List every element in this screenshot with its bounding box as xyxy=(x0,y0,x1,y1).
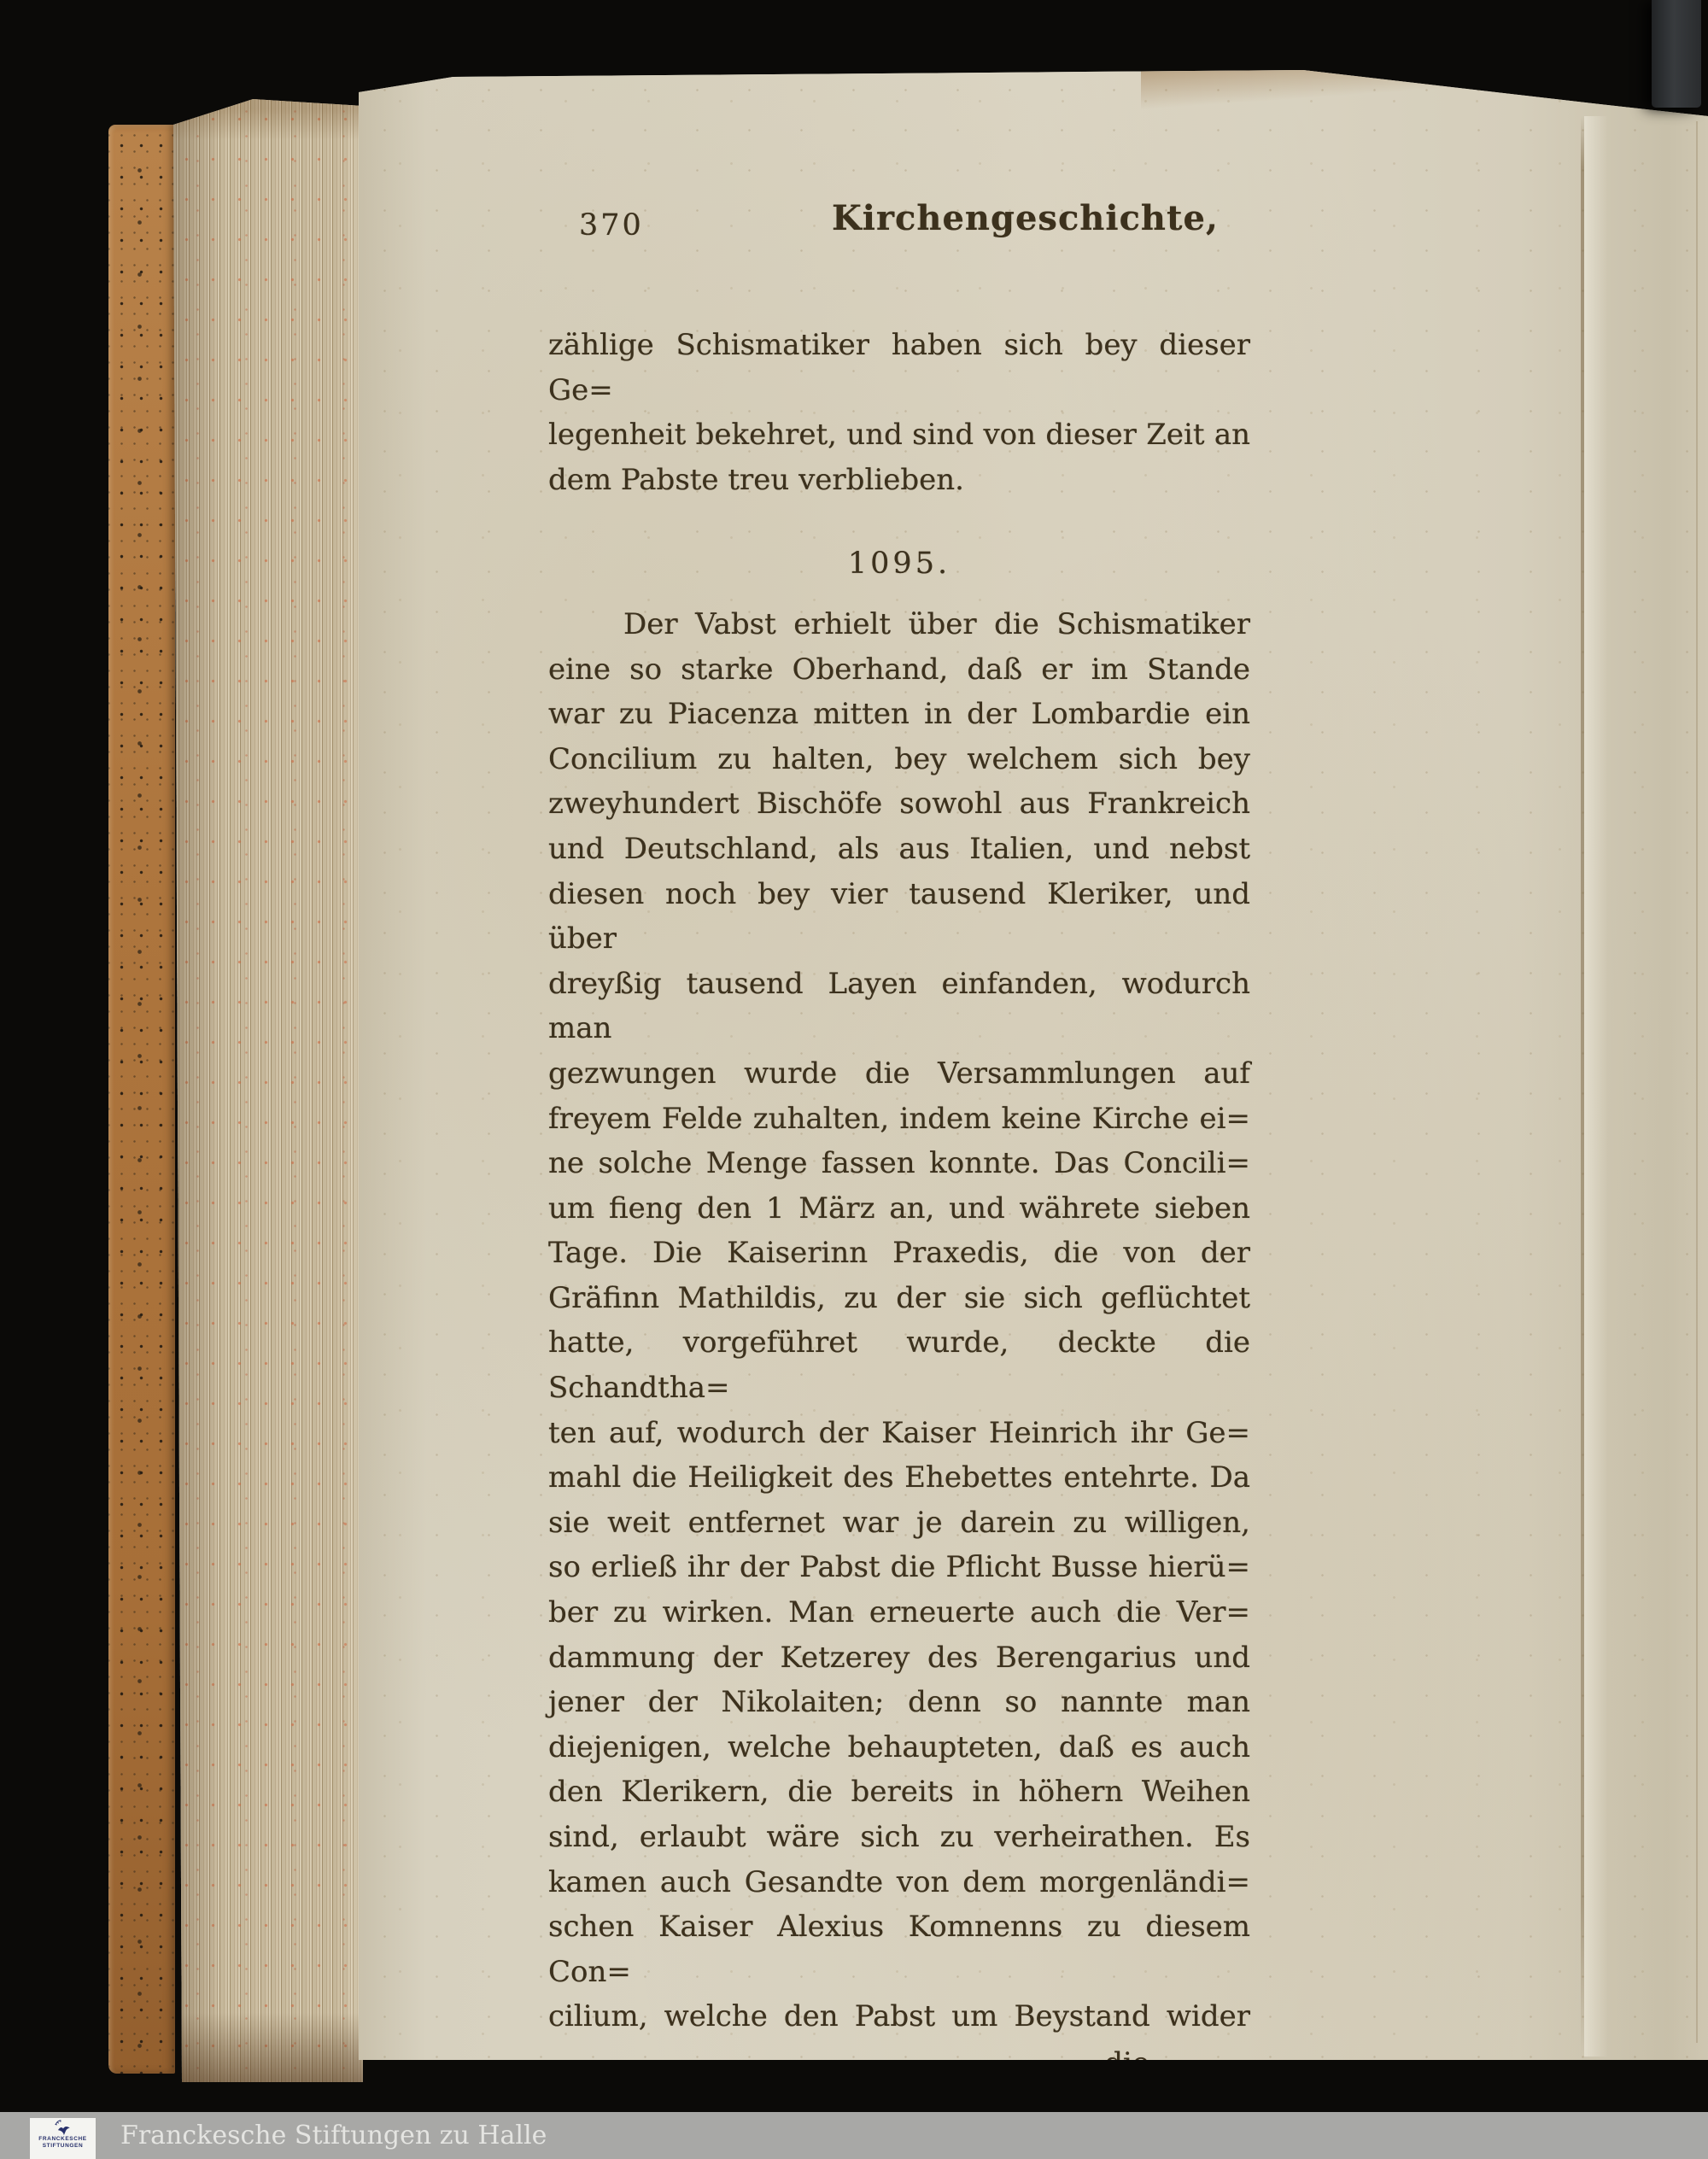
text-line: sie weit entfernet war je darein zu will… xyxy=(548,1501,1250,1546)
logo-text-line2: STIFTUNGEN xyxy=(38,2143,86,2150)
catchword: die xyxy=(1104,2046,1149,2080)
text-line: diejenigen, welche behaupteten, daß es a… xyxy=(548,1725,1250,1770)
text-line: gezwungen wurde die Versammlungen auf xyxy=(548,1051,1250,1097)
section-number: 1095. xyxy=(548,541,1250,587)
text-line: hatte, vorgeführet wurde, deckte die Sch… xyxy=(548,1320,1250,1410)
text-line: eine so starke Oberhand, daß er im Stand… xyxy=(548,647,1250,693)
text-line: ten auf, wodurch der Kaiser Heinrich ihr… xyxy=(548,1411,1250,1456)
footer-bar: FRANCKESCHE STIFTUNGEN Franckesche Stift… xyxy=(0,2112,1708,2159)
logo-text-line1: FRANCKESCHE xyxy=(38,2136,86,2143)
book-cradle xyxy=(1652,0,1701,108)
page-content: 370 Kirchengeschichte, zählige Schismati… xyxy=(548,196,1250,2086)
paragraph-1: zählige Schismatiker haben sich bey dies… xyxy=(548,323,1250,502)
text-line: zählige Schismatiker haben sich bey dies… xyxy=(548,323,1250,412)
text-line: um fieng den 1 März an, und währete sieb… xyxy=(548,1186,1250,1232)
francke-eagle-icon xyxy=(54,2120,73,2136)
text-line: so erließ ihr der Pabst die Pflicht Buss… xyxy=(548,1545,1250,1590)
text-line: kamen auch Gesandte von dem morgenländi= xyxy=(548,1860,1250,1905)
text-line: zweyhundert Bischöfe sowohl aus Frankrei… xyxy=(548,781,1250,827)
page-gutter-highlight xyxy=(1584,116,1608,2057)
text-line: war zu Piacenza mitten in der Lombardie … xyxy=(548,692,1250,737)
adjacent-page-edge xyxy=(1696,121,1698,2043)
text-line: Concilium zu halten, bey welchem sich be… xyxy=(548,737,1250,782)
running-header: Kirchengeschichte, xyxy=(832,196,1219,242)
text-line: und Deutschland, als aus Italien, und ne… xyxy=(548,827,1250,872)
text-line: Tage. Die Kaiserinn Praxedis, die von de… xyxy=(548,1231,1250,1276)
text-line: dem Pabste treu verblieben. xyxy=(548,458,1250,503)
text-line: freyem Felde zuhalten, indem keine Kirch… xyxy=(548,1097,1250,1142)
paragraph-2: Der Vabst erhielt über die Schismatiker … xyxy=(548,602,1250,2039)
book-cover-edge xyxy=(108,125,175,2074)
text-line: jener der Nikolaiten; denn so nannte man xyxy=(548,1680,1250,1725)
text-line: Gräfinn Mathildis, zu der sie sich geflü… xyxy=(548,1276,1250,1321)
text-line: ne solche Menge fassen konnte. Das Conci… xyxy=(548,1141,1250,1186)
footer-label: Franckesche Stiftungen zu Halle xyxy=(120,2112,547,2159)
francke-logo: FRANCKESCHE STIFTUNGEN xyxy=(30,2118,96,2159)
text-line: dammung der Ketzerey des Berengarius und xyxy=(548,1635,1250,1681)
text-line: cilium, welche den Pabst um Beystand wid… xyxy=(548,1994,1250,2039)
page-number: 370 xyxy=(579,203,644,249)
text-line: Der Vabst erhielt über die Schismatiker xyxy=(548,602,1250,647)
text-line: dreyßig tausend Layen einfanden, wodurch… xyxy=(548,962,1250,1051)
book-page-stack-shade xyxy=(173,99,363,2082)
photo-stage: 370 Kirchengeschichte, zählige Schismati… xyxy=(0,0,1708,2159)
text-line: legenheit bekehret, und sind von dieser … xyxy=(548,412,1250,458)
text-line: sind, erlaubt wäre sich zu verheirathen.… xyxy=(548,1815,1250,1860)
page-header: 370 Kirchengeschichte, xyxy=(548,196,1250,249)
francke-logo-text: FRANCKESCHE STIFTUNGEN xyxy=(38,2136,86,2149)
text-line: ber zu wirken. Man erneuerte auch die Ve… xyxy=(548,1590,1250,1635)
text-line: schen Kaiser Alexius Komnenns zu diesem … xyxy=(548,1904,1250,1994)
book-page: 370 Kirchengeschichte, zählige Schismati… xyxy=(359,70,1708,2060)
text-line: den Klerikern, die bereits in höhern Wei… xyxy=(548,1770,1250,1815)
text-line: mahl die Heiligkeit des Ehebettes entehr… xyxy=(548,1455,1250,1501)
text-line: diesen noch bey vier tausend Kleriker, u… xyxy=(548,872,1250,962)
catchword-row: die xyxy=(548,2041,1250,2086)
page-top-edge-tint xyxy=(1141,70,1708,130)
